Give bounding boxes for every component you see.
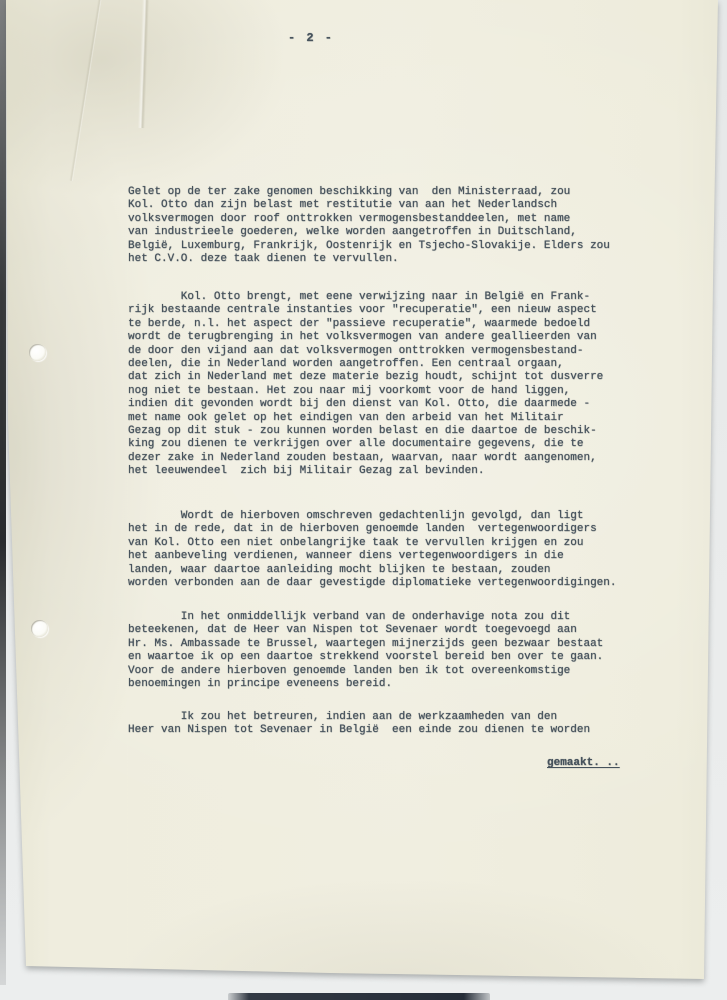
scanned-document-view: - 2 - Gelet op de ter zake genomen besch… [0,0,727,1000]
paragraph-1: Gelet op de ter zake genomen beschikking… [128,186,610,266]
fold-crease-secondary [69,0,103,181]
paragraph-4: In het onmiddellijk verband van de onder… [128,611,603,691]
page-number: - 2 - [288,32,334,45]
punch-hole-bottom [31,620,48,637]
punch-hole-top [29,344,46,361]
paper-shadow-wrapper: - 2 - Gelet op de ter zake genomen besch… [0,0,727,1000]
paragraph-2: Kol. Otto brengt, met eene verwijzing na… [128,291,603,479]
paragraph-5: Ik zou het betreuren, indien aan de werk… [128,711,590,738]
document-page: - 2 - Gelet op de ter zake genomen besch… [0,0,727,1000]
catchword: gemaakt. .. [547,757,620,770]
scan-artifact-bottom [228,993,490,1000]
fold-crease [138,0,149,128]
paragraph-3: Wordt de hierboven omschreven gedachtenl… [128,510,616,590]
